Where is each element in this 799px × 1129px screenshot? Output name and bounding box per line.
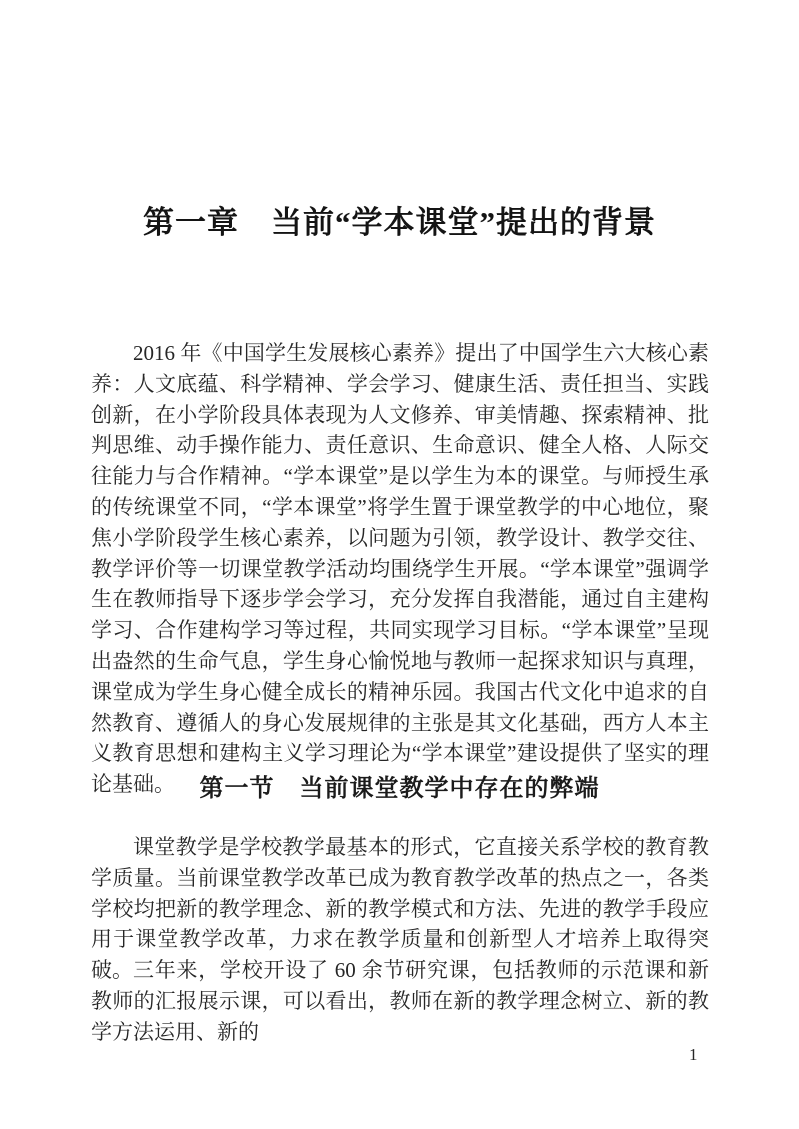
book-page: 第一章 当前“学本课堂”提出的背景 2016 年《中国学生发展核心素养》提出了中… xyxy=(0,0,799,1129)
section-paragraph-2: 三年来，学校开设了 60 余节研究课，包括教师的示范课和新教师的汇报展示课，可以… xyxy=(91,955,709,1047)
page-number: 1 xyxy=(689,1045,698,1065)
intro-paragraph: 2016 年《中国学生发展核心素养》提出了中国学生六大核心素养：人文底蕴、科学精… xyxy=(91,338,709,800)
chapter-title: 第一章 当前“学本课堂”提出的背景 xyxy=(0,197,799,242)
section-title: 第一节 当前课堂教学中存在的弊端 xyxy=(0,768,799,803)
